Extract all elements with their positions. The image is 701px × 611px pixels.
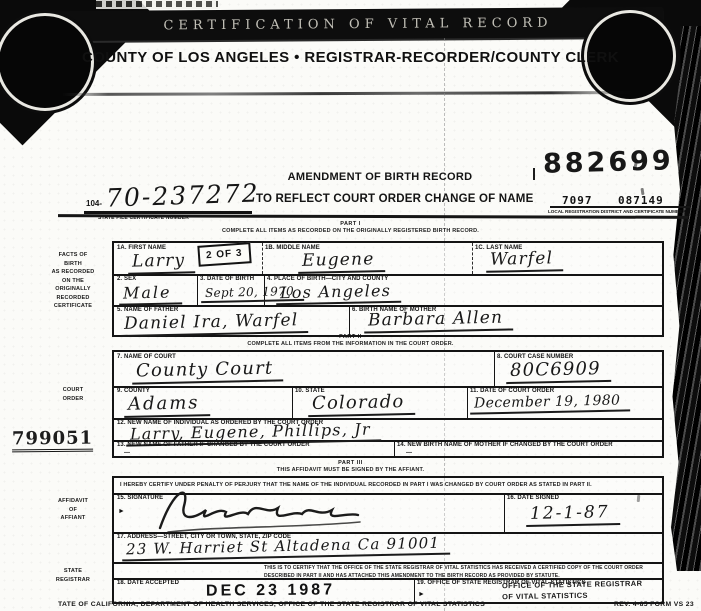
first-name-value: Larry [128,250,196,274]
new-father-value: — [124,450,130,456]
new-father-label: 13. NEW NAME OF FATHER IF CHANGED BY THE… [117,442,310,448]
column-divider [394,440,395,456]
date-accepted-label: 18. DATE ACCEPTED [117,580,179,586]
column-divider [472,243,473,274]
local-number-label: LOCAL REGISTRATION DISTRICT AND CERTIFIC… [548,209,686,214]
certification-band: CERTIFICATION OF VITAL RECORD [52,7,664,41]
registrar-table: THIS IS TO CERTIFY THAT THE OFFICE OF TH… [112,562,664,604]
footer-form-revision: REV. 4-85 FORM VS 23 [614,601,694,608]
mother-name-value: Barbara Allen [364,307,514,333]
birth-place-value: Los Angeles [276,281,402,306]
date-signed-label: 16. DATE SIGNED [507,495,559,501]
row-divider [114,386,662,388]
column-divider [504,493,505,532]
stray-tick-mark [533,168,535,180]
fax-header-artifact [96,0,218,9]
amendment-purpose: TO REFLECT COURT ORDER CHANGE OF NAME [256,193,533,205]
last-name-value: Warfel [486,248,564,273]
part3-title: PART III [0,460,701,466]
scan-smudge-line [62,91,637,96]
part2-instruction: COMPLETE ALL ITEMS FROM THE INFORMATION … [0,341,701,347]
middle-name-value: Eugene [298,249,385,274]
column-divider [197,274,198,305]
order-date-label: 11. DATE OF COURT ORDER [470,388,554,394]
form-footer: TATE OF CALIFORNIA, DEPARTMENT OF HEALTH… [58,601,694,608]
registrar-office-arrow-icon: ► [418,591,425,598]
part1-instruction: COMPLETE ALL ITEMS AS RECORDED ON THE OR… [0,228,701,234]
part1-title: PART I [0,221,701,227]
column-divider [414,578,415,602]
footer-agency-text: TATE OF CALIFORNIA, DEPARTMENT OF HEALTH… [58,601,485,608]
father-name-value: Daniel Ira, Warfel [120,310,309,337]
column-divider [494,352,495,386]
agency-title: COUNTY OF LOS ANGELES • REGISTRAR-RECORD… [0,49,701,66]
amendment-title: AMENDMENT OF BIRTH RECORD [230,171,530,183]
sex-label: 2. SEX [117,276,136,282]
certification-band-title: CERTIFICATION OF VITAL RECORD [163,15,552,33]
part2-table: 7. NAME OF COURT 8. COURT CASE NUMBER Co… [112,350,664,458]
part2-sidebar-label: COURT ORDER [40,386,106,403]
state-file-number-handwritten: 70-237272 [106,178,261,212]
column-divider [292,386,293,418]
column-divider [262,243,263,274]
new-mother-label: 14. NEW BIRTH NAME OF MOTHER IF CHANGED … [397,442,613,448]
court-name-value: County Court [132,357,284,384]
part1-sidebar-label: FACTS OF BIRTH AS RECORDED ON THE ORIGIN… [38,251,108,311]
local-number-underline [550,206,690,208]
county-value: Adams [124,392,210,418]
part2-title: PART II [0,334,701,340]
affiant-signature [144,482,394,534]
sex-value: Male [119,282,182,305]
column-divider [467,386,468,418]
certificate-page: CERTIFICATION OF VITAL RECORD COUNTY OF … [0,0,701,611]
book-number-stamp: 882699 [543,145,675,179]
date-accepted-stamp: DEC 23 1987 [206,581,335,600]
new-mother-value: — [406,450,412,456]
birth-date-label: 3. DATE OF BIRTH [200,276,254,282]
order-date-value: December 19, 1980 [470,392,631,414]
part3-instruction: THIS AFFIDAVIT MUST BE SIGNED BY THE AFF… [0,467,701,473]
registrar-sidebar-label: STATE REGISTRAR [42,567,104,584]
page-count-stamp: 2 OF 3 [197,242,251,267]
part3-sidebar-label: AFFIDAVIT OF AFFIANT [40,497,106,523]
state-value: Colorado [308,391,415,417]
case-number-value: 80C6909 [506,358,611,384]
column-divider [349,305,350,335]
affidavit-table: I HEREBY CERTIFY UNDER PENALTY OF PERJUR… [112,476,664,564]
signature-arrow-icon: ► [118,508,125,515]
file-number-stamp: 799051 [12,428,93,453]
registrar-office-stamp: OFFICE OF THE STATE REGISTRAR OF VITAL S… [502,578,643,603]
date-signed-value: 12-1-87 [526,502,620,527]
state-file-prefix: 104- [86,199,102,208]
part1-table: 1A. FIRST NAME 1B. MIDDLE NAME 1C. LAST … [112,241,664,337]
